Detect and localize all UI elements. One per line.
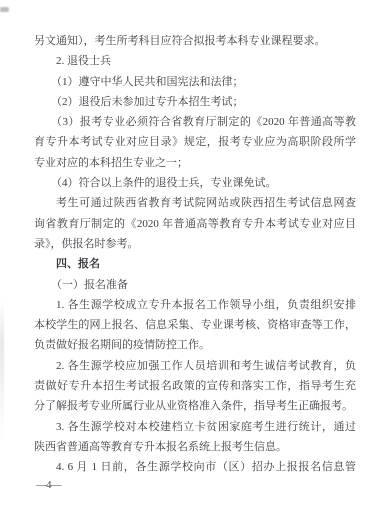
page-number: —4— [36,478,61,492]
text-line: 考生可通过陕西省教育考试院网站或陕西招生考试信息网查 [34,193,356,213]
text-line: 4. 6 月 1 日前，各生源学校向市（区）招办上报报名信息管 [34,457,356,477]
text-line: 2. 退役士兵 [34,51,356,71]
text-line: 1. 各生源学校成立专升本报名工作领导小组，负责组织安排 [34,295,356,315]
text-line: 2. 各生源学校应加强工作人员培训和考生诚信考试教育，负 [34,356,356,376]
section-heading: 四、报名 [34,254,356,274]
text-line: 陕西省普通高等教育专升本报名系统上报考生信息。 [34,437,356,457]
text-line: 责做好专升本招生考试报名政策的宣传和落实工作，指导考生充 [34,376,356,396]
text-line: （2）退役后未参加过专升本招生考试； [34,92,356,112]
text-line: 负责做好报名期间的疫情防控工作。 [34,335,356,355]
text-line: 另文通知），考生所考科目应符合拟报考本科专业课程要求。 [34,31,356,51]
document-page: 另文通知），考生所考科目应符合拟报考本科专业课程要求。2. 退役士兵（1）遵守中… [0,0,390,526]
text-line: （3）报考专业必须符合省教育厅制定的《2020 年普通高等教 [34,112,356,132]
text-line: 本校学生的网上报名、信息采集、专业课考核、资格审查等工作， [34,315,356,335]
scan-artifact-icon [0,7,9,12]
text-line: （一）报名准备 [34,275,356,295]
text-line: 询省教育厅制定的《2020 年普通高等教育专升本考试专业对应目 [34,214,356,234]
text-line: 育专升本考试专业对应目录》规定，报考专业应为高职阶段所学 [34,132,356,152]
text-line: 录》，供报名时参考。 [34,234,356,254]
text-line: （1）遵守中华人民共和国宪法和法律； [34,72,356,92]
document-body: 另文通知），考生所考科目应符合拟报考本科专业课程要求。2. 退役士兵（1）遵守中… [34,31,356,478]
text-line: 专业对应的本科招生专业之一； [34,153,356,173]
text-line: 3. 各生源学校对本校建档立卡贫困家庭考生进行统计，通过 [34,417,356,437]
text-line: （4）符合以上条件的退役士兵，专业课免试。 [34,173,356,193]
text-line: 分了解报考专业所属行业从业资格准入条件，指导考生正确报考。 [34,396,356,416]
scan-artifact-icon [0,300,4,440]
